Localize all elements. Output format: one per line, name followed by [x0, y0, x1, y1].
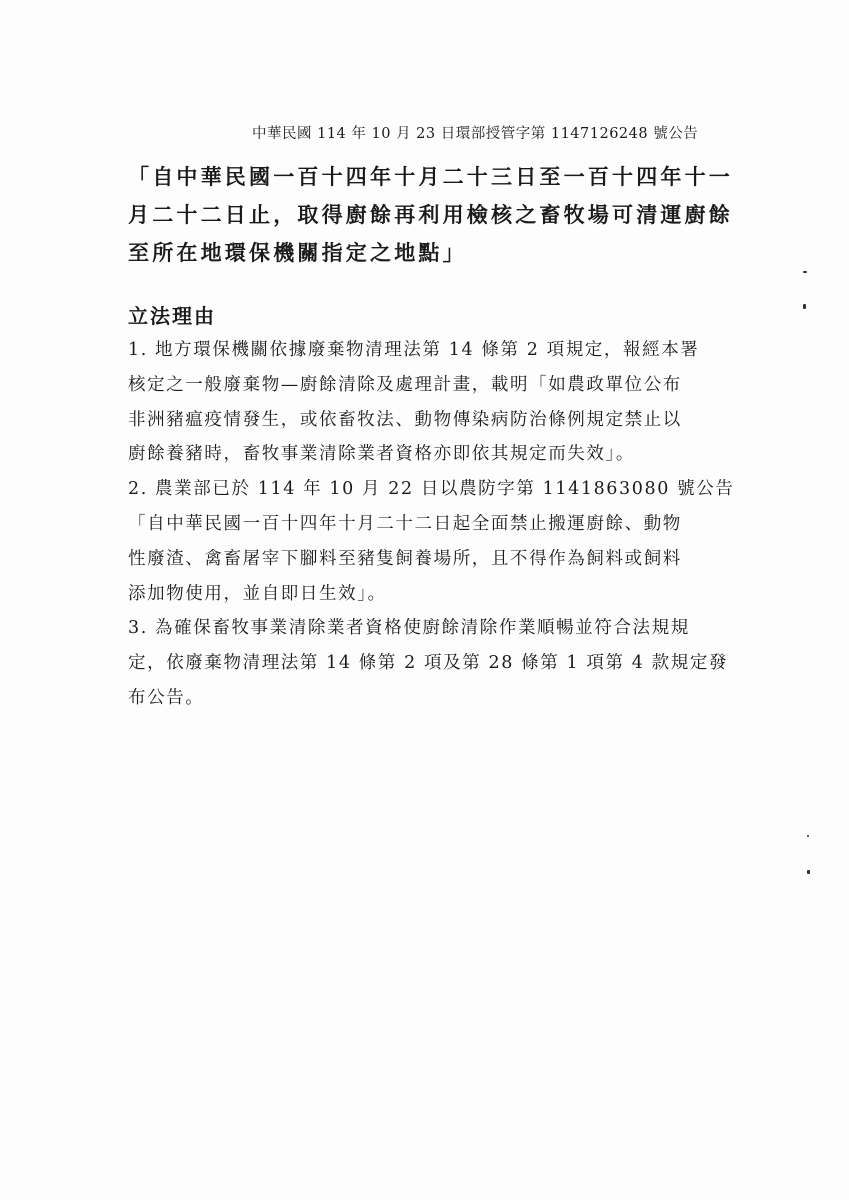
scan-speck — [803, 271, 807, 273]
title-line: 「自中華民國一百十四年十月二十三日至一百十四年十一 — [128, 158, 728, 196]
body-line: 2. 農業部已於 114 年 10 月 22 日以農防字第 1141863080… — [128, 472, 748, 507]
body-line: 3. 為確保畜牧事業清除業者資格使廚餘清除作業順暢並符合法規規 — [128, 611, 748, 646]
title-line: 至所在地環保機關指定之地點」 — [128, 234, 728, 272]
title-line: 月二十二日止，取得廚餘再利用檢核之畜牧場可清運廚餘 — [128, 196, 728, 234]
body-line: 布公告。 — [128, 681, 748, 716]
scan-speck — [803, 304, 806, 309]
announcement-title: 「自中華民國一百十四年十月二十三日至一百十四年十一 月二十二日止，取得廚餘再利用… — [128, 158, 728, 272]
body-line: 廚餘養豬時，畜牧事業清除業者資格亦即依其規定而失效」。 — [128, 437, 748, 472]
legislative-reasons: 1. 地方環保機關依據廢棄物清理法第 14 條第 2 項規定，報經本署 核定之一… — [128, 333, 748, 716]
body-line: 性廢渣、禽畜屠宰下腳料至豬隻飼養場所，且不得作為飼料或飼料 — [128, 542, 748, 577]
announcement-reference: 中華民國 114 年 10 月 23 日環部授管字第 1147126248 號公… — [252, 122, 698, 143]
scan-speck — [807, 870, 810, 874]
scan-speck — [807, 835, 809, 837]
body-line: 非洲豬瘟疫情發生，或依畜牧法、動物傳染病防治條例規定禁止以 — [128, 403, 748, 438]
body-line: 核定之一般廢棄物—廚餘清除及處理計畫，載明「如農政單位公布 — [128, 368, 748, 403]
document-page: 中華民國 114 年 10 月 23 日環部授管字第 1147126248 號公… — [0, 0, 849, 1200]
body-line: 定，依廢棄物清理法第 14 條第 2 項及第 28 條第 1 項第 4 款規定發 — [128, 646, 748, 681]
body-line: 「自中華民國一百十四年十月二十二日起全面禁止搬運廚餘、動物 — [128, 507, 748, 542]
section-heading: 立法理由 — [128, 300, 216, 329]
body-line: 1. 地方環保機關依據廢棄物清理法第 14 條第 2 項規定，報經本署 — [128, 333, 748, 368]
body-line: 添加物使用，並自即日生效」。 — [128, 577, 748, 612]
